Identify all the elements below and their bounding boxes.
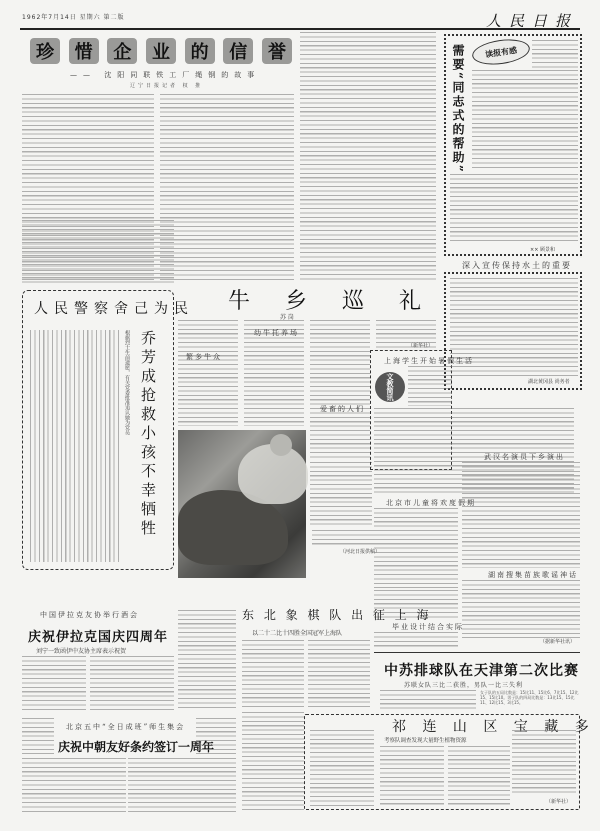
police-vertical-headline: 乔芳成抢救小孩不幸牺牲 (138, 330, 159, 550)
dateline: 1962年7月14日 星期六 第二版 (22, 12, 125, 21)
sidebar-vertical-title: 需要“同志式的帮助” (450, 44, 467, 174)
chess-deck: 以二十二比十四胜全国冠军上海队 (252, 628, 342, 637)
lead-body-continuation (22, 220, 174, 284)
headline-char: 企 (107, 38, 137, 64)
headline-char: 业 (146, 38, 176, 64)
lead-headline: 珍 惜 企 业 的 信 誉 (30, 38, 292, 64)
feature-section-3: 爱畜的人们 (320, 404, 365, 414)
sidebar-signature: ×× 顾景和 (530, 246, 555, 253)
wuhan-body (462, 462, 580, 568)
chess-body-2 (308, 640, 370, 708)
chess-body-1 (242, 640, 304, 708)
water-title: 深入宣传保持水土的重要 (462, 260, 572, 271)
edu-sub-2: 毕业设计结合实际 (392, 622, 464, 632)
edu-badge: 文教简讯 (375, 372, 405, 402)
feature-section-2: 幼牛托养场 (254, 328, 299, 338)
police-title: 人民警察舍己为民 (34, 298, 194, 318)
korea-body-1 (22, 758, 126, 812)
volleyball-deck: 苏联女队三比二获胜，男队一比三失利 (404, 680, 523, 689)
person-head-shape (270, 434, 292, 456)
wuhan-title: 武汉名演员下乡演出 (484, 452, 565, 462)
hunan-title: 湖南搜集苗族歌谣神话 (488, 570, 578, 580)
feature-col-1 (178, 320, 238, 426)
police-deck: 根据烈士生前遗愿，有关党委批准追认她为党员 (124, 330, 131, 530)
sidebar-text-bottom (450, 174, 578, 244)
iraq-headline: 庆祝伊拉克国庆四周年 (28, 626, 168, 645)
police-body (30, 330, 120, 562)
korea-body-2 (128, 758, 236, 812)
hunan-body (462, 580, 580, 638)
korea-body-right (196, 718, 236, 754)
feature-col-3b (310, 462, 372, 526)
headline-char: 誉 (262, 38, 292, 64)
volleyball-body (380, 690, 476, 712)
water-signature: 湖北黄冈县 尚务者 (528, 378, 570, 385)
qilian-body-2 (380, 746, 444, 806)
korea-headline: 庆祝中朝友好条约签订一周年 (58, 738, 214, 755)
headline-char: 珍 (30, 38, 60, 64)
feature-section-1: 繁多牛众 (186, 352, 222, 362)
photo-herder-with-cattle (178, 430, 306, 578)
edu-title: 上海学生开始暑假生活 (384, 356, 474, 366)
chess-body-3 (242, 712, 304, 812)
feature-credit: （新华社） (408, 342, 433, 349)
lead-body-col-3 (300, 32, 436, 282)
headline-char: 的 (185, 38, 215, 64)
wuhan-credit: （据新华社讯） (540, 638, 575, 645)
headline-char: 惜 (69, 38, 99, 64)
lead-byline: 辽宁日报记者 权 推 (130, 82, 203, 89)
sidebar-text-top (532, 40, 578, 68)
qilian-body-3 (448, 746, 510, 806)
qilian-body-1 (310, 730, 374, 806)
volleyball-headline: 中苏排球队在天津第二次比赛 (384, 660, 579, 680)
photo-caption (312, 530, 374, 546)
headline-char: 信 (223, 38, 253, 64)
qilian-body-4 (512, 730, 576, 796)
iraq-body-1 (22, 656, 86, 710)
lead-body-col-2 (160, 94, 294, 282)
edu-body-top (408, 366, 452, 406)
sidebar-text-mid (472, 70, 578, 170)
edu-sub-2-body (374, 632, 458, 648)
korea-kicker: 北京五中“全日成班”师生集会 (66, 722, 185, 732)
volleyball-scores: 女子队的五局比数是：15比11、15比6、7比15、12比15、15比10。男子… (480, 690, 580, 705)
feature-title: 牛 乡 巡 礼 (228, 284, 435, 315)
korea-body-left (22, 718, 54, 754)
chess-headline: 东 北 象 棋 队 出 征 上 海 (242, 606, 432, 623)
iraq-body-3 (178, 610, 236, 710)
qilian-deck: 考察队调查发现大量野生植物资源 (384, 736, 467, 744)
qilian-credit: （新华社） (546, 798, 571, 805)
iraq-kicker: 中国伊拉克友协举行酒会 (40, 610, 139, 620)
lead-subhead: —— 沈阳同联铁工厂绳钢的故事 (70, 70, 260, 80)
masthead-rule (20, 28, 580, 30)
iraq-deck: 刘宁一致函伊中友协主席表示祝贺 (36, 646, 126, 655)
volleyball-rule (374, 652, 580, 653)
feature-col-3 (310, 320, 370, 460)
iraq-body-2 (90, 656, 174, 710)
edu-sub-1-body (374, 508, 458, 588)
